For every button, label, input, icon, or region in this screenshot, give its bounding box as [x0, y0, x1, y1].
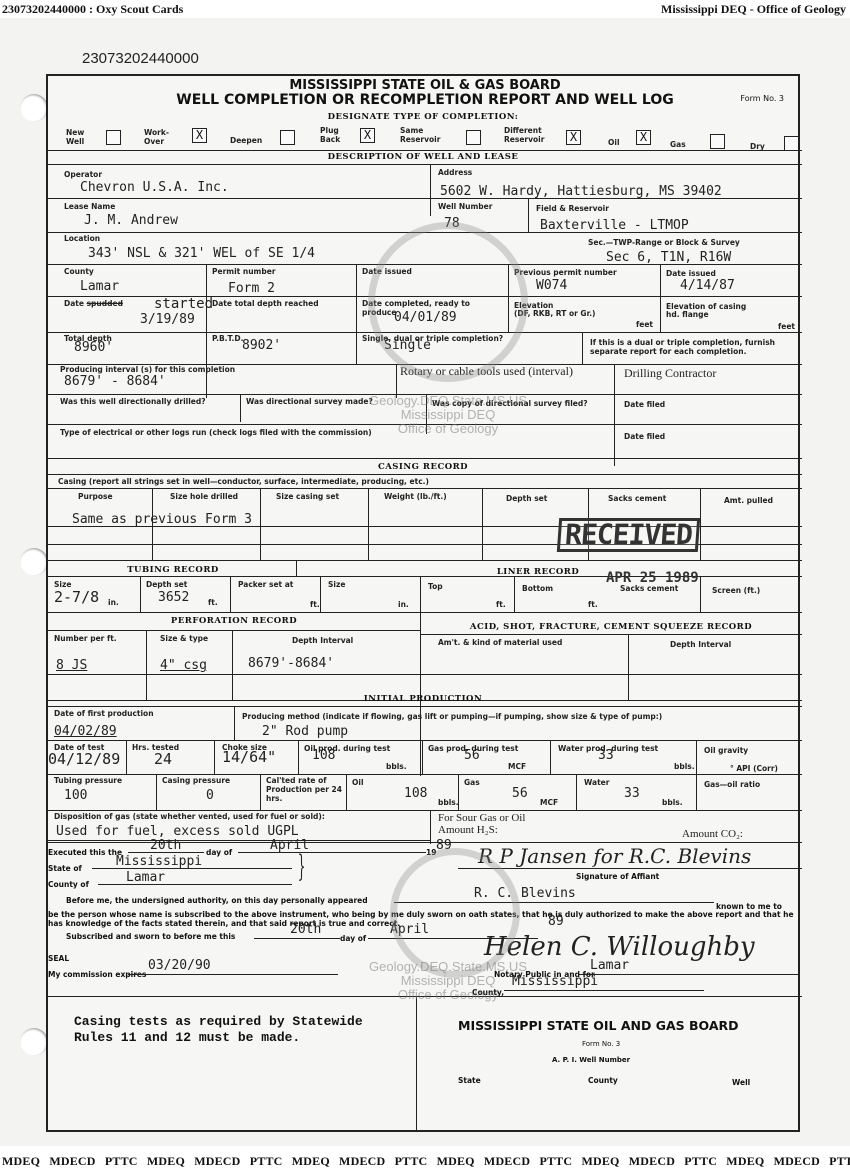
watermark-text: Geology.DEQ.State.MS.USMississippi DEQOf…: [358, 394, 538, 436]
liner-bottom-unit: ft.: [588, 600, 598, 609]
label-gas: Gas: [670, 140, 686, 149]
casing-col-size-hole: Size hole drilled: [170, 492, 238, 501]
water-unit: bbls.: [662, 798, 683, 807]
before-me-text: Before me, the undersigned authority, on…: [66, 896, 368, 905]
checkbox-plug-back[interactable]: X: [360, 128, 375, 143]
logs-label: Type of electrical or other logs run (ch…: [60, 428, 372, 437]
signature-label: Signature of Affiant: [576, 872, 659, 881]
oil-unit: bbls.: [438, 798, 459, 807]
liner-bottom-label: Bottom: [522, 584, 553, 593]
section-description: DESCRIPTION OF WELL AND LEASE: [48, 152, 798, 162]
liner-screen-label: Screen (ft.): [712, 586, 760, 595]
gas-value: 56: [512, 786, 528, 801]
casing-tests-note: Casing tests as required by Statewide Ru…: [74, 1014, 394, 1046]
bottom-board-title: MISSISSIPPI STATE OIL AND GAS BOARD: [458, 1018, 739, 1033]
header-left: 23073202440000 : Oxy Scout Cards: [2, 2, 183, 17]
disposition-value: Used for fuel, excess sold UGPL: [56, 824, 299, 839]
form-subtitle: WELL COMPLETION OR RECOMPLETION REPORT A…: [48, 92, 802, 108]
address-label: Address: [438, 168, 472, 177]
permit-number-label: Permit number: [212, 267, 276, 276]
casing-row-purpose: Same as previous Form 3: [72, 512, 252, 527]
producing-interval-label: Producing interval (s) for this completi…: [60, 365, 235, 374]
date-filed-label: Date filed: [624, 400, 665, 409]
oil-value: 108: [404, 786, 427, 801]
well-completion-form: MISSISSIPPI STATE OIL & GAS BOARD WELL C…: [46, 74, 800, 1132]
acid-record-title: ACID, SHOT, FRACTURE, CEMENT SQUEEZE REC…: [420, 622, 802, 632]
page-header: 23073202440000 : Oxy Scout Cards Mississ…: [0, 0, 850, 18]
form-number: Form No. 3: [740, 94, 784, 103]
dual-note: If this is a dual or triple completion, …: [590, 338, 796, 356]
perf-col-number: Number per ft.: [54, 634, 117, 643]
checkbox-deepen[interactable]: [280, 130, 295, 145]
casing-subtitle: Casing (report all strings set in well—c…: [58, 477, 429, 486]
casing-pressure-value: 0: [206, 788, 214, 803]
county-of-value: Lamar: [126, 870, 165, 885]
gravity-label: Oil gravity: [704, 746, 748, 755]
lease-name-label: Lease Name: [64, 202, 115, 211]
calc-rate-label: Cal'ted rate of Production per 24 hrs.: [266, 776, 344, 803]
label-deepen: Deepen: [230, 136, 262, 145]
tubing-packer-unit: ft.: [310, 600, 320, 609]
label-plug-back: Plug Back: [320, 126, 350, 144]
elevation-unit: feet: [636, 320, 653, 329]
acid-col-material: Am't. & kind of material used: [438, 638, 562, 647]
tubing-size-value: 2-7/8: [54, 588, 99, 606]
co2-label: Amount CO₂:: [682, 828, 743, 840]
label-same-reservoir: Same Reservoir: [400, 126, 450, 144]
gas-unit: MCF: [540, 798, 558, 807]
operator-label: Operator: [64, 170, 102, 179]
perf-row-depth: 8679'-8684': [248, 656, 334, 671]
checkbox-same-reservoir[interactable]: [466, 130, 481, 145]
date-issued2-value: 4/14/87: [680, 278, 735, 293]
elevation-casing-label2: hd. flange: [666, 310, 709, 319]
oil-test-unit: bbls.: [386, 762, 407, 771]
date-td-label: Date total depth reached: [212, 299, 319, 308]
total-depth-value: 8960': [74, 340, 113, 355]
gas-label: Gas: [464, 778, 480, 787]
tubing-size-unit: in.: [108, 598, 119, 607]
liner-top-unit: ft.: [496, 600, 506, 609]
designate-label: DESIGNATE TYPE OF COMPLETION:: [48, 112, 798, 122]
date-started-label: Date spudded: [64, 299, 123, 308]
field-reservoir-label: Field & Reservoir: [536, 204, 609, 213]
form-title: MISSISSIPPI STATE OIL & GAS BOARD: [48, 78, 802, 93]
address-value: 5602 W. Hardy, Hattiesburg, MS 39402: [440, 184, 722, 199]
acid-col-depth: Depth Interval: [670, 640, 731, 649]
checkbox-oil[interactable]: X: [636, 130, 651, 145]
casing-col-depth: Depth set: [506, 494, 547, 503]
directional-label: Was this well directionally drilled?: [60, 397, 206, 406]
executed-day: 20th: [150, 838, 181, 853]
field-reservoir-value: Baxterville - LTMOP: [540, 218, 689, 233]
bottom-form-no: Form No. 3: [582, 1040, 620, 1048]
casing-col-weight: Weight (lb./ft.): [384, 492, 447, 501]
water-test-value: 33: [598, 748, 614, 763]
operator-value: Chevron U.S.A. Inc.: [80, 180, 229, 195]
casing-col-size-casing: Size casing set: [276, 492, 339, 501]
punch-hole-icon: [20, 548, 48, 576]
affiant-signature: R P Jansen for R.C. Blevins: [478, 844, 751, 868]
permit-number-value: Form 2: [228, 281, 275, 296]
checkbox-dry[interactable]: [784, 136, 799, 151]
liner-top-label: Top: [428, 582, 443, 591]
pbtd-label: P.B.T.D.: [212, 334, 243, 343]
date-issued2-label: Date issued: [666, 269, 716, 278]
api-well-number-label: A. P. I. Well Number: [552, 1056, 630, 1064]
water-test-unit: bbls.: [674, 762, 695, 771]
checkbox-different-reservoir[interactable]: X: [566, 130, 581, 145]
api-number: 23073202440000: [82, 50, 199, 67]
disposition-label: Disposition of gas (state whether vented…: [54, 812, 325, 821]
liner-size-unit: in.: [398, 600, 409, 609]
date-started-value: 3/19/89: [140, 312, 195, 327]
header-right: Mississippi DEQ - Office of Geology: [661, 2, 846, 17]
watermark-logo-icon: [368, 222, 528, 382]
checkbox-new-well[interactable]: [106, 130, 121, 145]
hrs-value: 24: [154, 750, 172, 768]
gravity-unit: ° API (Corr): [730, 764, 778, 773]
commission-value: 03/20/90: [148, 958, 211, 973]
sec-twp-value: Sec 6, T1N, R16W: [606, 250, 731, 265]
sour-label: For Sour Gas or Oil: [438, 812, 525, 824]
casing-record-title: CASING RECORD: [48, 462, 798, 472]
h2s-label: Amount H₂S:: [438, 824, 498, 836]
label-new-well: New Well: [66, 128, 92, 146]
well-number-label: Well Number: [438, 202, 492, 211]
gas-test-value: 56: [464, 748, 480, 763]
first-prod-value: 04/02/89: [54, 724, 117, 739]
tubing-record-title: TUBING RECORD: [48, 565, 298, 575]
page-footer: MDEQ MDECD PTTC MDEQ MDECD PTTC MDEQ MDE…: [0, 1148, 850, 1172]
sec-twp-label: Sec.—TWP-Range or Block & Survey: [588, 238, 740, 247]
subscribed-day: 20th: [290, 922, 321, 937]
survey-made-label: Was directional survey made?: [246, 397, 373, 406]
executed-label: Executed this the: [48, 848, 122, 857]
watermark-text-2: Geology.DEQ.State.MS.USMississippi DEQOf…: [358, 960, 538, 1002]
subscribed-label: Subscribed and sworn to before me this: [66, 932, 235, 941]
previous-permit-value: W074: [536, 278, 567, 293]
perforation-record-title: PERFORATION RECORD: [48, 616, 420, 626]
label-different-reservoir: Different Reservoir: [504, 126, 554, 144]
pbtd-value: 8902': [242, 338, 281, 353]
previous-permit-label: Previous permit number: [514, 268, 617, 277]
gas-test-unit: MCF: [508, 762, 526, 771]
county-label: County: [64, 267, 94, 276]
tubing-depth-unit: ft.: [208, 598, 218, 607]
perf-col-depth: Depth Interval: [292, 636, 353, 645]
water-label: Water: [584, 778, 609, 787]
label-work-over: Work-Over: [144, 128, 174, 146]
casing-pressure-label: Casing pressure: [162, 776, 230, 785]
state-label: State of: [48, 864, 82, 873]
date-filed2-label: Date filed: [624, 432, 665, 441]
checkbox-work-over[interactable]: X: [192, 128, 207, 143]
received-stamp: RECEIVED: [557, 518, 700, 552]
tubing-packer-label: Packer set at: [238, 580, 293, 589]
scanned-page: 23073202440000 MISSISSIPPI STATE OIL & G…: [0, 18, 850, 1146]
perf-row-number: 8 JS: [56, 658, 87, 673]
tubing-depth-label: Depth set: [146, 580, 187, 589]
initial-production-title: INITIAL PRODUCTION: [48, 694, 798, 704]
notary-county: Lamar: [590, 958, 629, 973]
oil-label: Oil: [352, 778, 364, 787]
received-stamp-date: APR 25 1989: [606, 570, 699, 586]
oil-test-value: 108: [312, 748, 335, 763]
casing-col-pulled: Amt. pulled: [724, 496, 773, 505]
api-county-label: County: [588, 1076, 618, 1085]
location-label: Location: [64, 234, 100, 243]
tubing-pressure-label: Tubing pressure: [54, 776, 122, 785]
producing-interval-value: 8679' - 8684': [64, 374, 166, 389]
punch-hole-icon: [20, 94, 48, 122]
casing-col-purpose: Purpose: [78, 492, 113, 501]
liner-size-label: Size: [328, 580, 345, 589]
tubing-depth-value: 3652: [158, 590, 189, 605]
method-value: 2" Rod pump: [262, 724, 348, 739]
test-date-value: 04/12/89: [48, 750, 120, 768]
casing-col-sacks: Sacks cement: [608, 494, 666, 503]
water-value: 33: [624, 786, 640, 801]
location-value: 343' NSL & 321' WEL of SE 1/4: [88, 246, 315, 261]
api-well-label: Well: [732, 1078, 750, 1087]
day-of-label: day of: [206, 848, 232, 857]
elevation-casing-unit: feet: [778, 322, 795, 331]
gor-label: Gas—oil ratio: [704, 780, 760, 789]
state-value: Mississippi: [116, 854, 202, 869]
seal-label: SEAL: [48, 954, 69, 963]
method-label: Producing method (indicate if flowing, g…: [242, 712, 662, 721]
county-of-label: County of: [48, 880, 89, 889]
punch-hole-icon: [20, 1028, 48, 1056]
perf-col-size: Size & type: [160, 634, 208, 643]
day-of-label2: day of: [340, 934, 366, 943]
tubing-pressure-value: 100: [64, 788, 87, 803]
brace: }: [298, 852, 306, 882]
subscribed-year: 89: [548, 914, 564, 929]
first-prod-label: Date of first production: [54, 709, 154, 718]
drilling-contractor-label: Drilling Contractor: [624, 366, 716, 381]
date-started-word: started: [154, 296, 213, 312]
county-value: Lamar: [80, 279, 119, 294]
api-state-label: State: [458, 1076, 481, 1085]
choke-value: 14/64": [222, 748, 276, 766]
perf-row-size: 4" csg: [160, 658, 207, 673]
label-oil: Oil: [608, 138, 620, 147]
checkbox-gas[interactable]: [710, 134, 725, 149]
lease-name-value: J. M. Andrew: [84, 213, 178, 228]
